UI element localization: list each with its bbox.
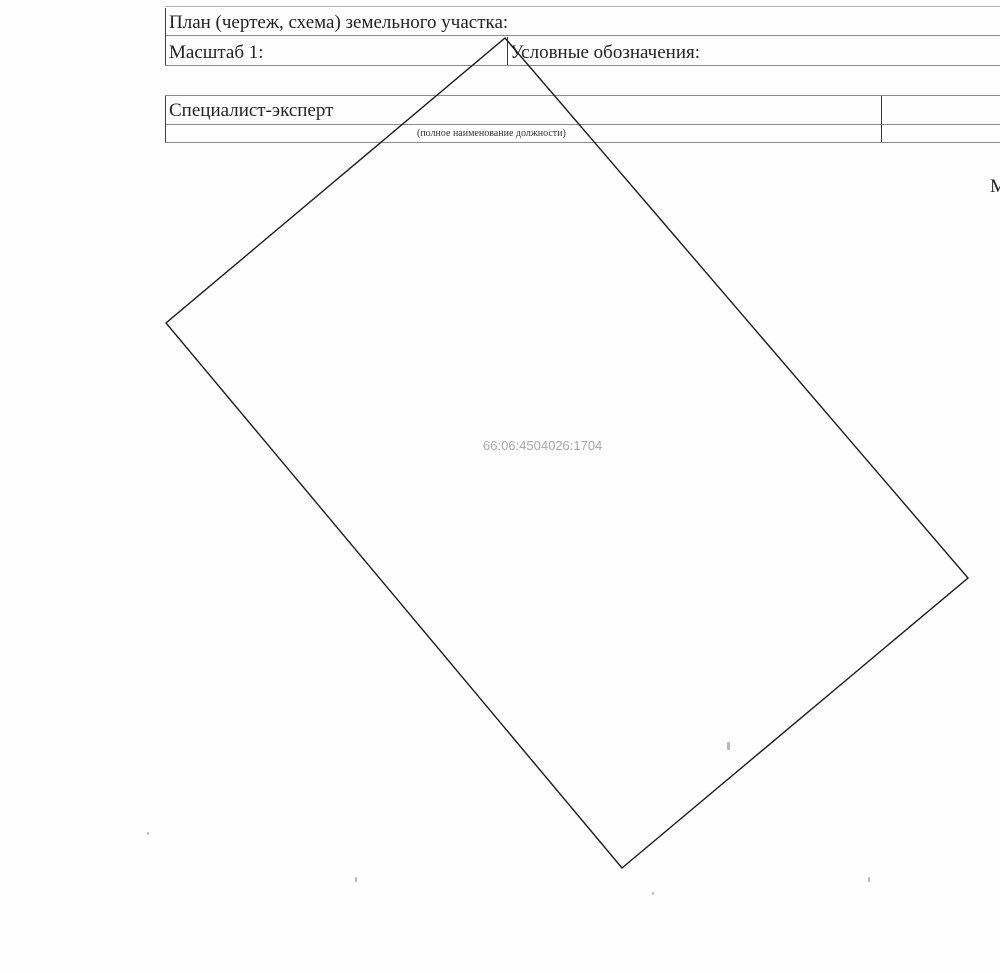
scan-artifact (355, 877, 357, 882)
signature-bottom-border (165, 142, 1000, 143)
signature-divider (881, 96, 882, 142)
parcel-outline (166, 38, 968, 868)
table-left-border (165, 8, 166, 65)
parcel-plan-drawing (0, 0, 1000, 973)
scale-legend-divider (507, 37, 508, 65)
plan-title: План (чертеж, схема) земельного участка: (169, 13, 508, 32)
document-page: План (чертеж, схема) земельного участка:… (0, 0, 1000, 973)
signature-left-border (165, 96, 166, 142)
right-edge-text-fragment: М (990, 177, 1000, 196)
scan-artifact (727, 742, 730, 750)
cadastral-number-label: 66:06:4504026:1704 (483, 438, 602, 453)
scale-label: Масштаб 1: (169, 43, 264, 62)
position-value: Специалист-эксперт (169, 101, 333, 120)
scan-artifact (147, 832, 149, 835)
scan-artifact (868, 877, 870, 882)
signature-top-border (165, 95, 1000, 96)
signature-mid-line (165, 124, 1000, 125)
table-row-divider (165, 35, 1000, 36)
scan-artifact (652, 892, 654, 895)
table-top-border (165, 6, 1000, 7)
table-bottom-border (165, 65, 1000, 66)
legend-label: Условные обозначения: (510, 43, 700, 62)
position-caption: (полное наименование должности) (417, 129, 566, 139)
